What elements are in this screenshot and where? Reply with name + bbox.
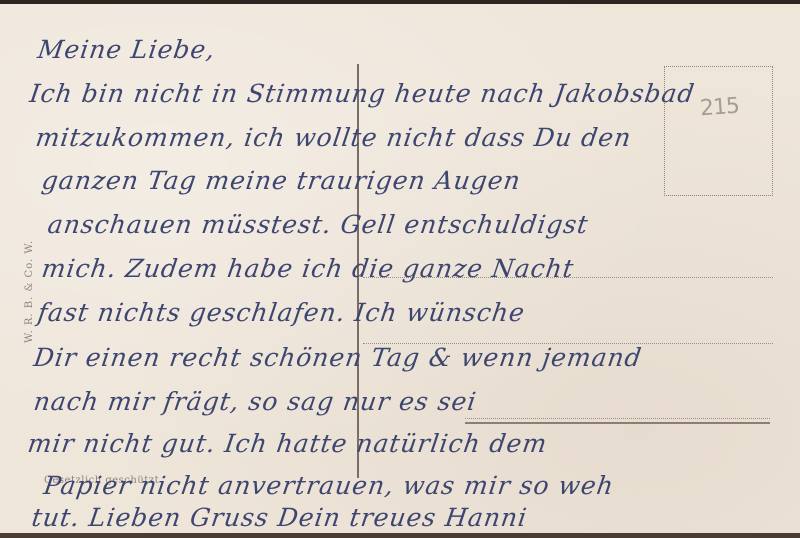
- letter-line-5: mich. Zudem habe ich die ganze Nacht: [40, 254, 576, 283]
- scan-top-edge: [0, 0, 800, 4]
- letter-line-6: fast nichts geschlafen. Ich wünsche: [36, 298, 527, 327]
- stamp-box-pencil-note: 215: [699, 94, 740, 122]
- address-line-3-solid: [465, 422, 770, 424]
- letter-line-7: Dir einen recht schönen Tag & wenn jeman…: [32, 343, 644, 372]
- scan-bottom-edge: [0, 533, 800, 538]
- letter-line-8: nach mir frägt, so sag nur es sei: [32, 387, 479, 416]
- letter-line-1: Ich bin nicht in Stimmung heute nach Jak…: [28, 79, 697, 108]
- postcard-back: 215 W. R. B. & Co. W. Gesetzlich geschüt…: [0, 3, 800, 533]
- letter-salutation: Meine Liebe,: [36, 35, 217, 64]
- printed-publisher-mark: W. R. B. & Co. W.: [24, 240, 35, 343]
- letter-line-4: anschauen müsstest. Gell entschuldigst: [46, 210, 590, 239]
- address-line-3-dotted: [465, 418, 770, 419]
- letter-line-3: ganzen Tag meine traurigen Augen: [40, 166, 523, 195]
- letter-line-2: mitzukommen, ich wollte nicht dass Du de…: [34, 123, 633, 152]
- letter-line-10: Papier nicht anvertrauen, was mir so weh: [42, 471, 616, 500]
- letter-line-11: tut. Lieben Gruss Dein treues Hanni: [30, 503, 529, 532]
- letter-line-9: mir nicht gut. Ich hatte natürlich dem: [26, 429, 549, 458]
